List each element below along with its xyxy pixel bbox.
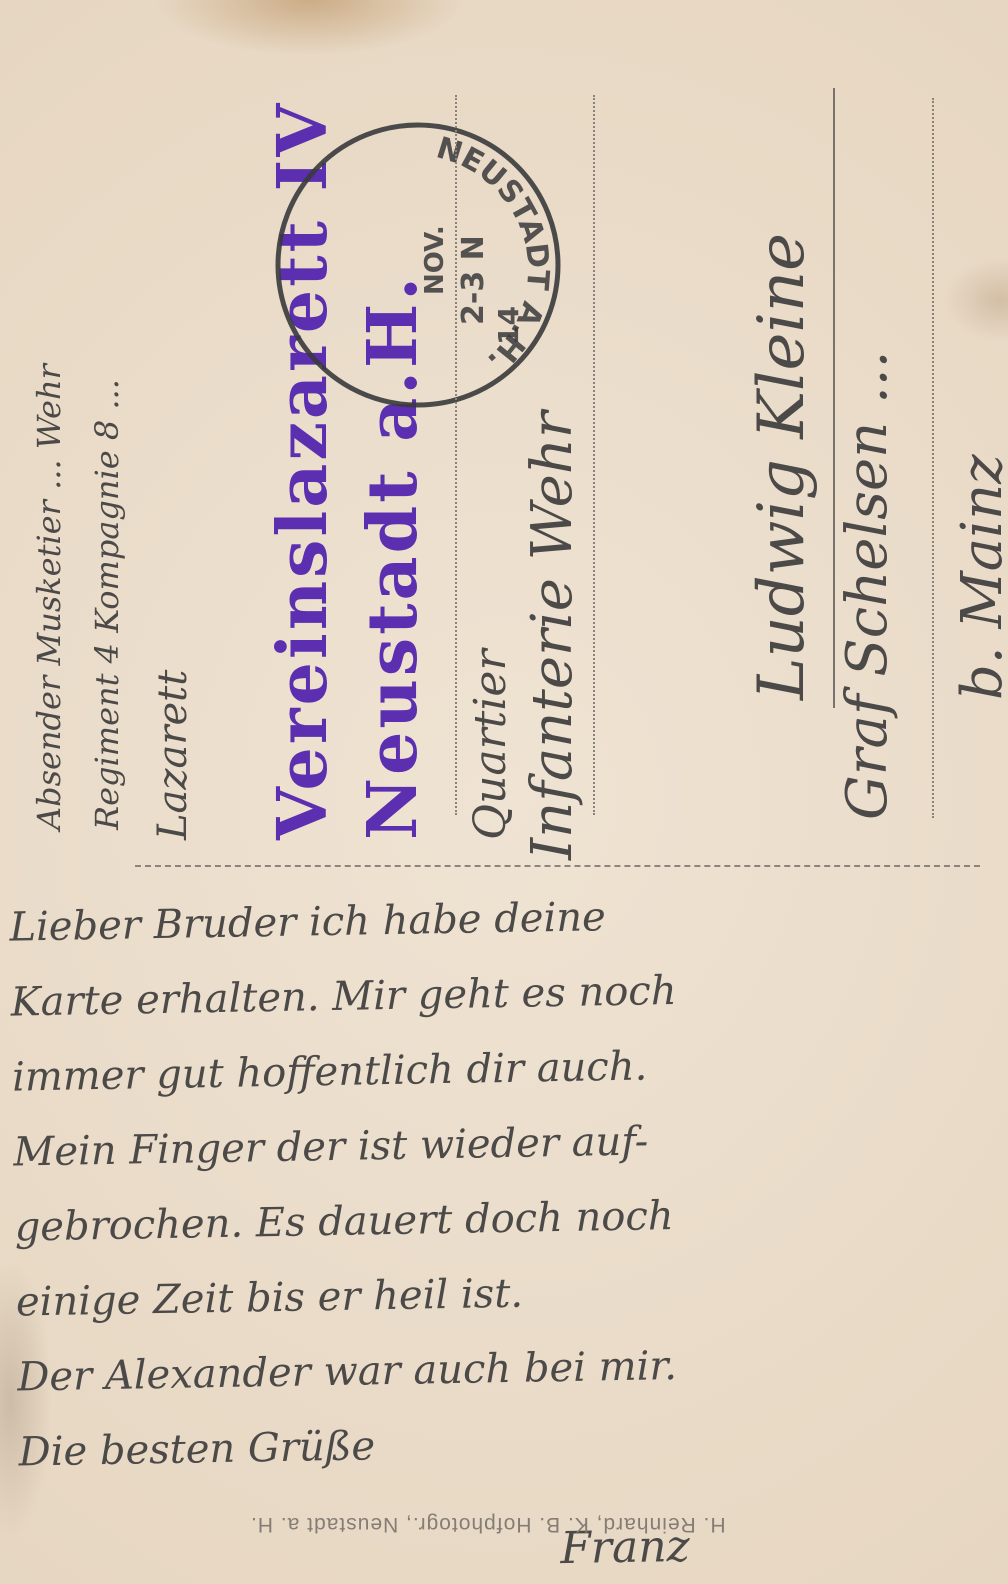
postmark-time: 2-3 N (456, 235, 491, 325)
postcard-back: Absender Musketier ... Wehr Regiment 4 K… (0, 0, 1008, 1584)
address-divider-4 (932, 98, 934, 818)
message-divider (135, 865, 980, 867)
postmark-month: NOV. (420, 225, 450, 295)
address-divider-2 (593, 95, 595, 815)
sender-line-1: Absender Musketier ... Wehr (30, 364, 68, 830)
recipient-line-1: Quartier (465, 649, 516, 840)
handwritten-message: Lieber Bruder ich habe deine Karte erhal… (9, 873, 999, 1490)
sender-line-3: Lazarett (150, 670, 196, 840)
postmark-cancel: NEUSTADT A.H. NOV. 2-3 N 14 (258, 115, 568, 415)
recipient-line-4: Graf Schelsen ... (835, 351, 900, 820)
address-divider-1 (455, 95, 457, 815)
recipient-line-2: Infanterie Wehr (520, 411, 585, 860)
message-line: Die besten Grüße (18, 1398, 999, 1490)
printer-imprint: H. Reinhard, K. B. Hofphotogr., Neustadt… (250, 1512, 726, 1536)
postmark-year: 14 (492, 306, 525, 345)
recipient-line-5: b. Mainz (950, 454, 1008, 700)
sender-line-2: Regiment 4 Kompagnie 8 ... (88, 379, 126, 830)
recipient-line-3: Ludwig Kleine (745, 233, 819, 700)
